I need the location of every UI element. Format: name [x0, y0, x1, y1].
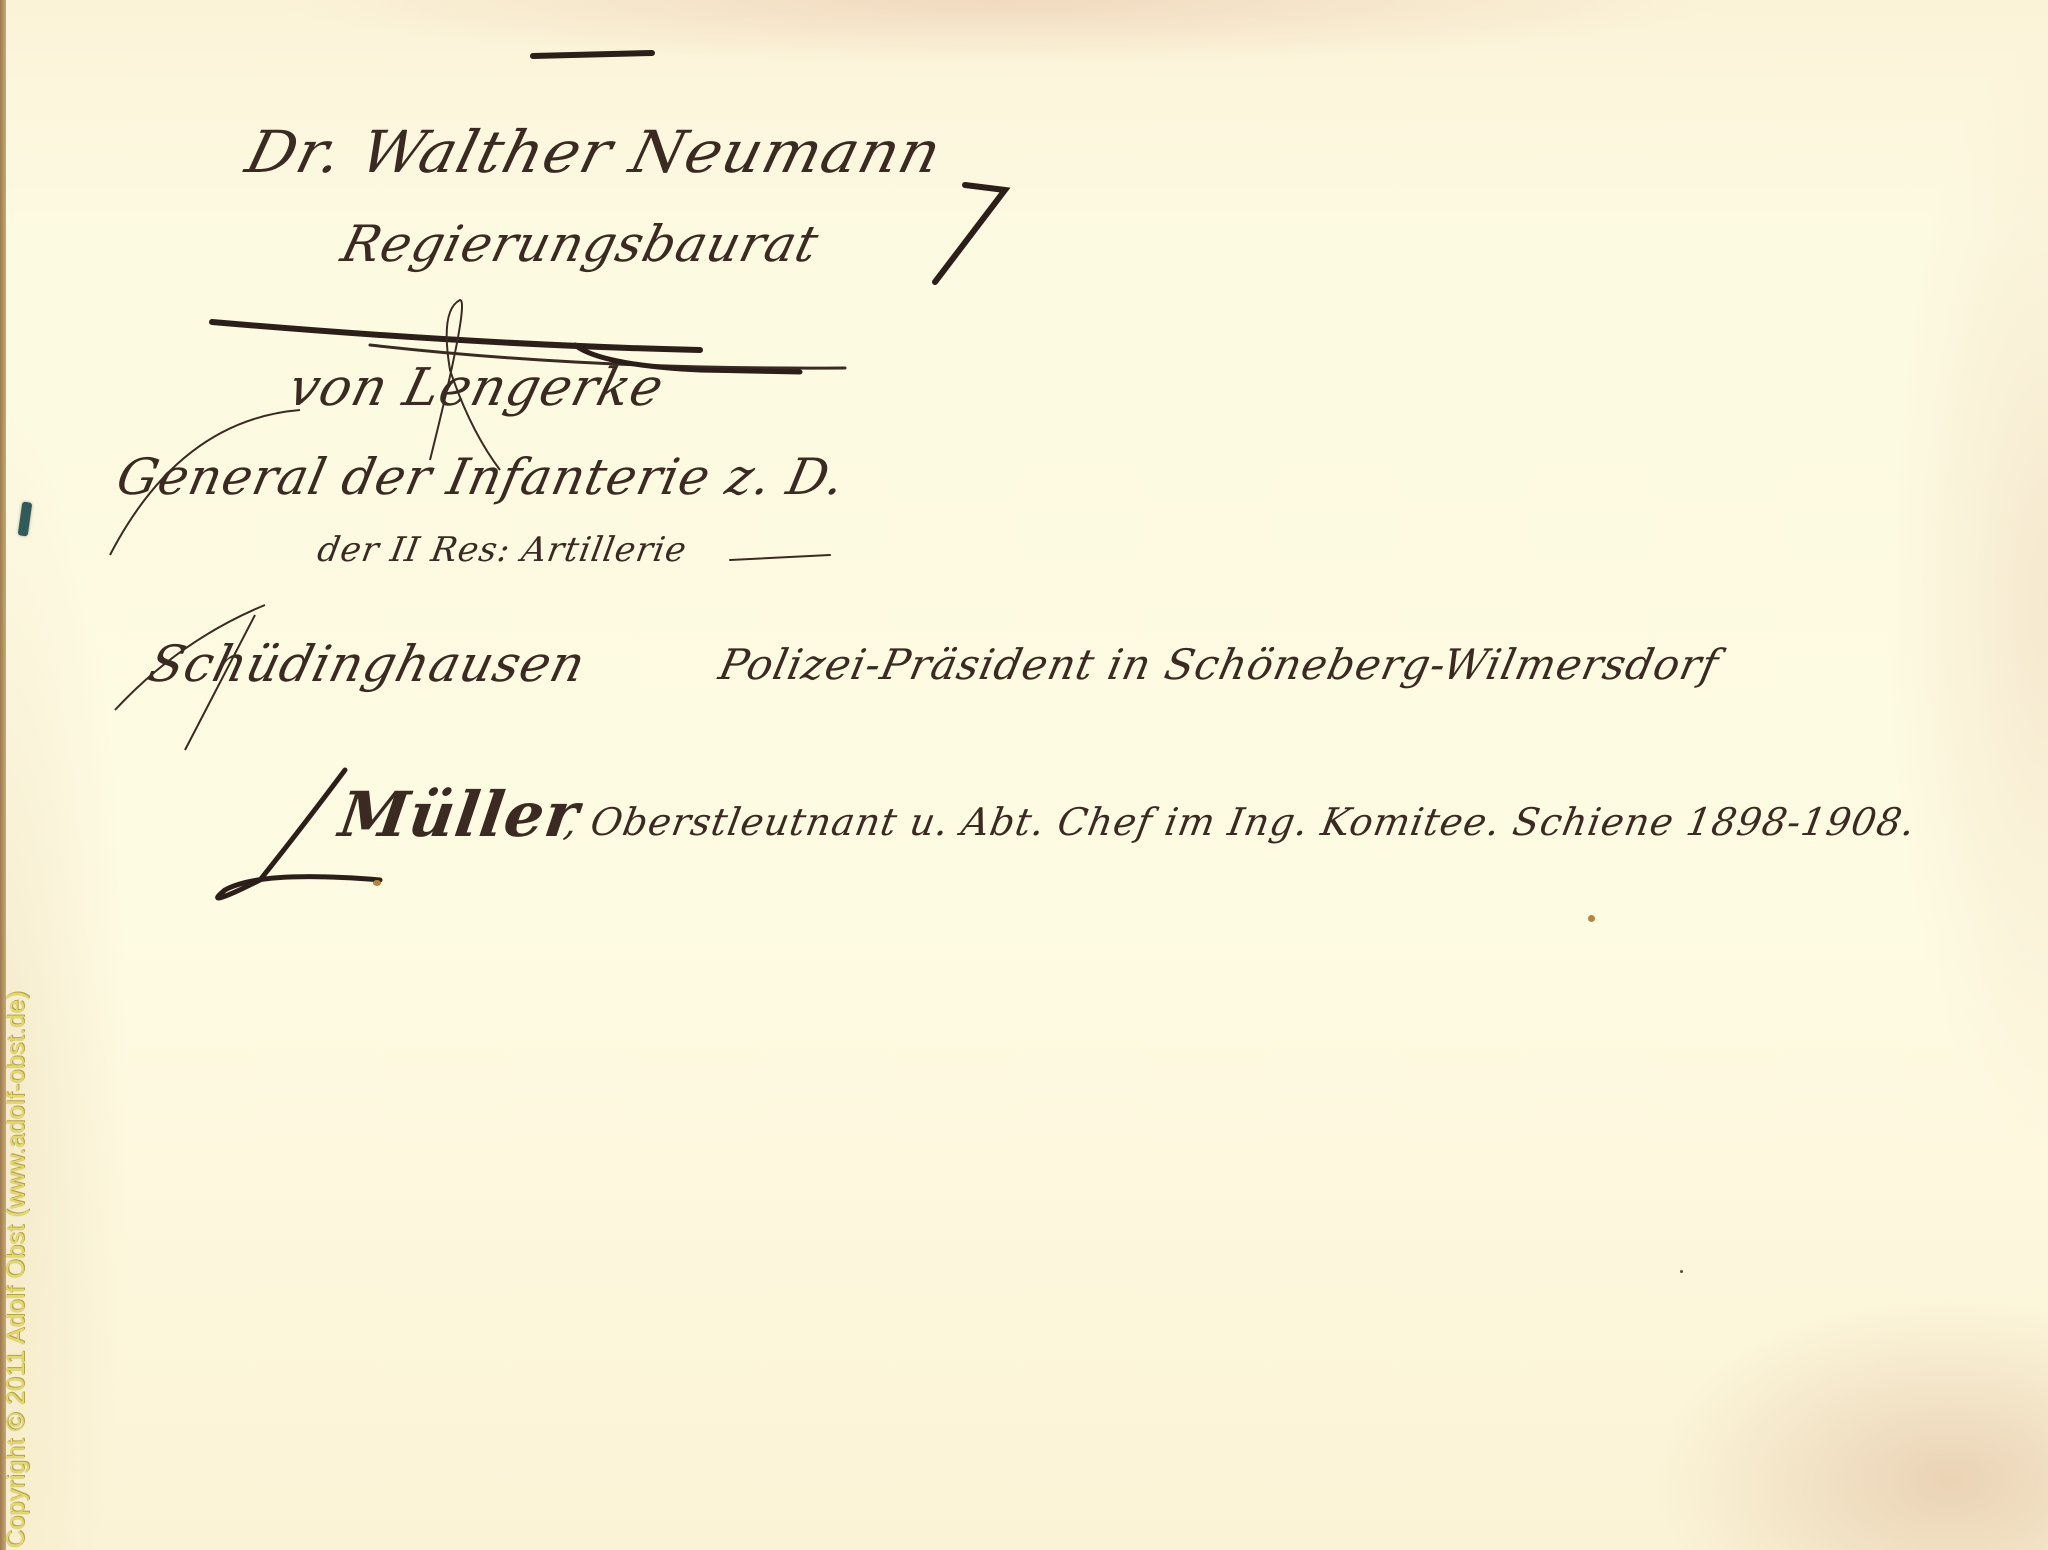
paper-speck [1588, 915, 1595, 922]
entry-4-title: , Oberstleutnant u. Abt. Chef im Ing. Ko… [561, 800, 1919, 844]
album-page: Dr. Walther Neumann Regierungsbaurat von… [0, 0, 2048, 1550]
pen-strokes [0, 0, 2048, 1550]
entry-2-name: von Lengerke [283, 358, 671, 418]
entry-2-title: General der Infanterie z. D. [112, 448, 851, 506]
paper-speck [1680, 1270, 1683, 1273]
entry-2-subtitle: der II Res: Artillerie [314, 530, 690, 570]
entry-4-name: Müller [335, 778, 584, 851]
paper-speck [373, 880, 381, 886]
copyright-watermark: Copyright © 2011 Adolf Obst (www.adolf-o… [2, 991, 31, 1548]
entry-3-name: Schüdinghausen [143, 635, 592, 693]
binding-thread [18, 501, 33, 536]
entry-1-title: Regierungsbaurat [336, 215, 825, 273]
entry-3-title: Polizei-Präsident in Schöneberg-Wilmersd… [715, 640, 1723, 689]
entry-1-name: Dr. Walther Neumann [240, 118, 949, 186]
